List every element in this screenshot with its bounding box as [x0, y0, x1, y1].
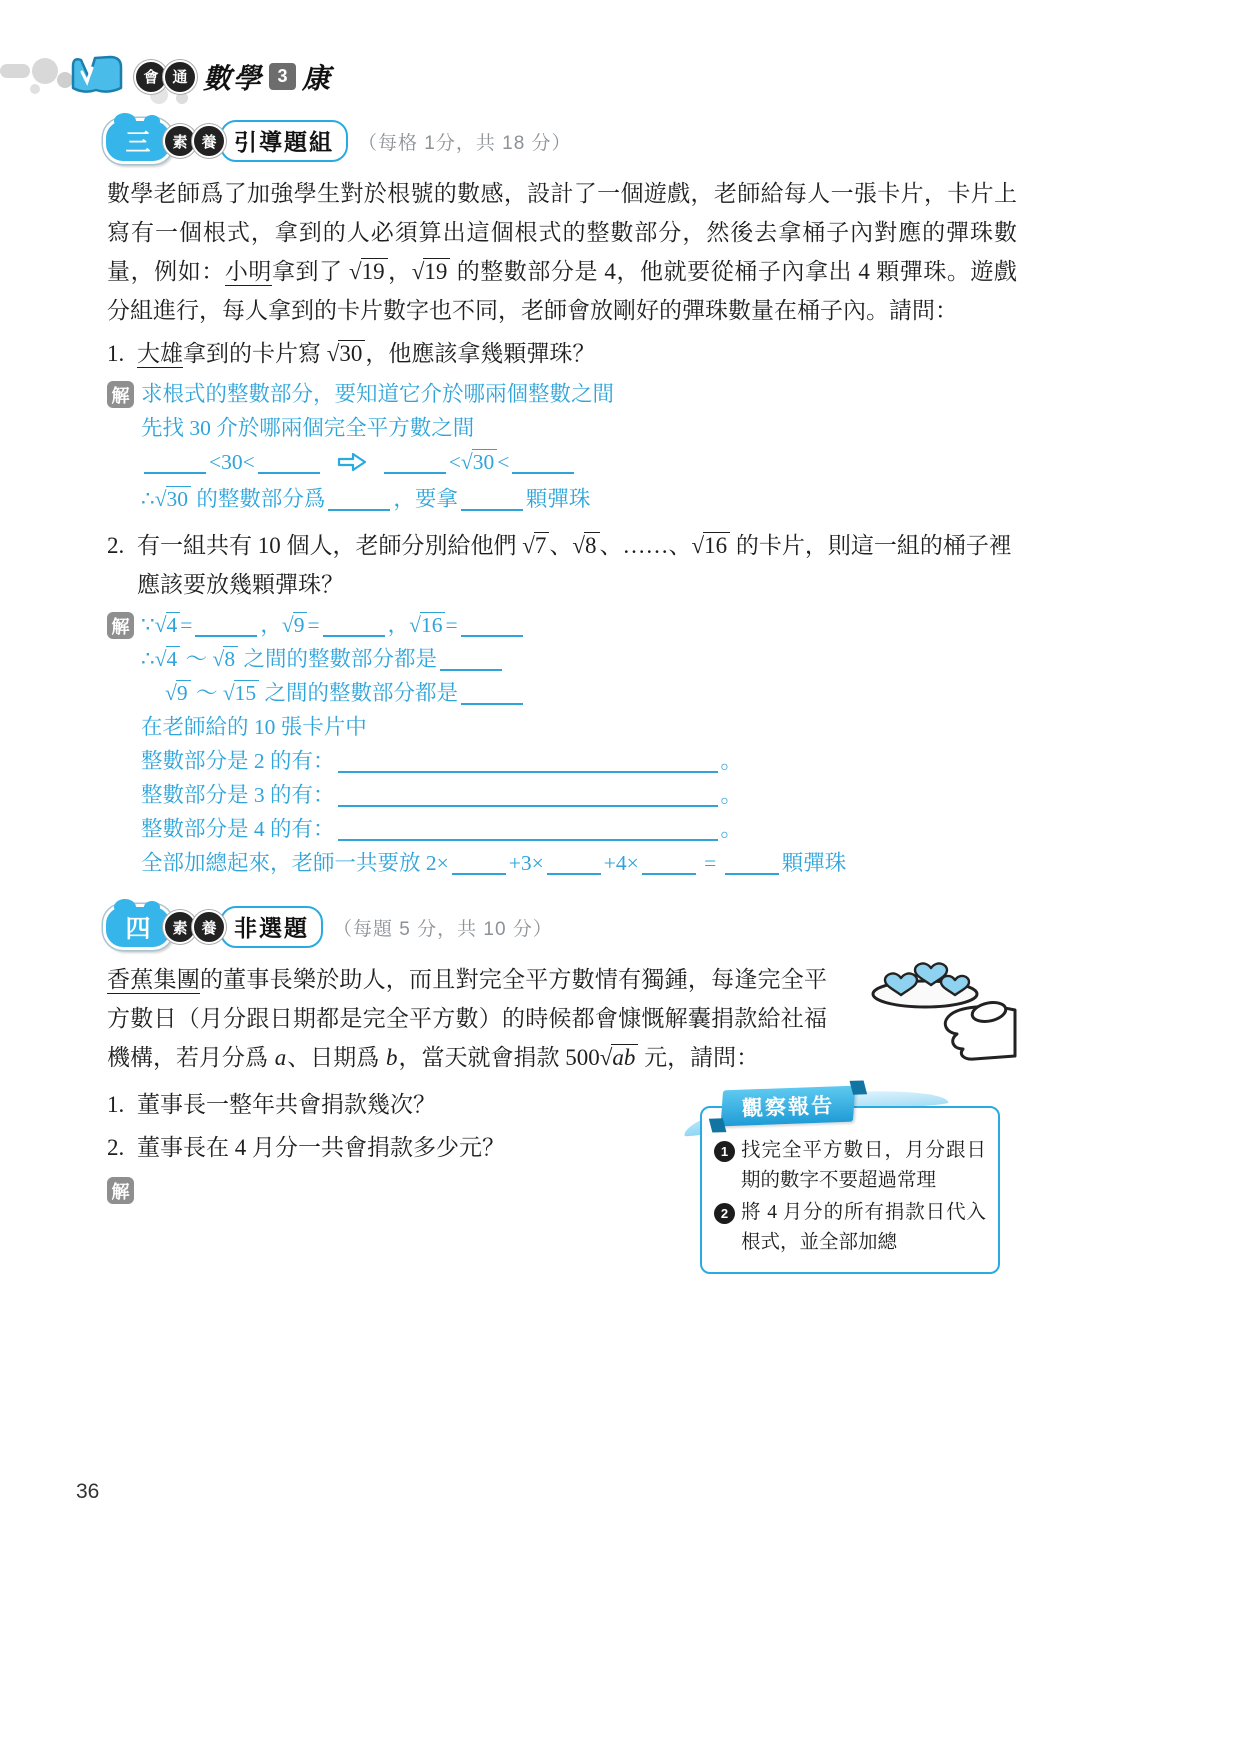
- sqrt-expression: √30: [461, 450, 497, 474]
- brand-badge: 通: [163, 60, 197, 94]
- answer-blank: [452, 853, 506, 875]
- tag-badge: 養: [192, 910, 226, 944]
- sqrt-expression: √30: [155, 487, 191, 511]
- competency-tag: 素 養: [163, 124, 226, 158]
- solution-icon: 解: [107, 612, 134, 639]
- solution-block-2: 解 ∵√4=，√9=，√16= ∴√4 ～ √8 之間的整數部分都是 √9 ～ …: [107, 608, 1017, 880]
- question-1: 1. 大雄拿到的卡片寫 √30，他應該拿幾顆彈珠？: [107, 334, 1017, 373]
- observation-report-title: 觀察報告: [741, 1089, 834, 1122]
- solution-line: <30<<√30<: [141, 445, 1017, 482]
- question-number: 2.: [107, 526, 137, 604]
- observation-report-box: 1 找完全平方數日，月分跟日期的數字不要超過常理 2 將 4 月分的所有捐款日代…: [700, 1106, 1000, 1274]
- brand-badges: 會 通: [134, 60, 197, 94]
- brand-level-badge: 3: [269, 63, 296, 90]
- brand-edition: 康: [302, 57, 330, 97]
- question-2: 2. 有一組共有 10 個人，老師分別給他們 √7、√8、……、√16 的卡片，…: [107, 526, 1017, 604]
- worksheet-page: 會 通 數學 3 康 三 素 養 引導題組 （每格 1分，共 18 分） 數學老…: [0, 0, 1241, 1755]
- sqrt-expression: √19: [349, 259, 388, 284]
- implies-arrow-icon: [337, 448, 367, 482]
- answer-blank: [323, 615, 385, 637]
- answer-blank: [642, 853, 696, 875]
- brand-subject: 數學: [203, 57, 263, 97]
- solution-line: 求根式的整數部分，要知道它介於哪兩個整數之間: [141, 377, 1017, 411]
- observation-report: 觀察報告 1 找完全平方數日，月分跟日期的數字不要超過常理 2 將 4 月分的所…: [700, 1088, 1000, 1274]
- solution-line: ∴√4 ～ √8 之間的整數部分都是: [141, 642, 1017, 676]
- answer-blank: [461, 615, 523, 637]
- solution-block-1: 解 求根式的整數部分，要知道它介於哪兩個整數之間 先找 30 介於哪兩個完全平方…: [107, 377, 1017, 516]
- sqrt-expression: √16: [409, 613, 445, 637]
- solution-lines: ∵√4=，√9=，√16= ∴√4 ～ √8 之間的整數部分都是 √9 ～ √1…: [141, 608, 1017, 880]
- solution-line: 在老師給的 10 張卡片中: [141, 710, 1017, 744]
- answer-blank: [338, 785, 718, 807]
- sqrt-expression: √9: [282, 613, 308, 637]
- answer-blank: [440, 649, 502, 671]
- answer-blank: [461, 489, 523, 511]
- answer-blank: [338, 819, 718, 841]
- sqrt-expression: √19: [412, 259, 451, 284]
- answer-blank: [725, 853, 779, 875]
- math-variable: a: [274, 1045, 288, 1070]
- section-three-banner: 三 素 養 引導題組 （每格 1分，共 18 分）: [103, 116, 1017, 166]
- competency-tag: 素 養: [163, 910, 226, 944]
- answer-blank: [384, 452, 446, 474]
- answer-blank: [512, 452, 574, 474]
- sqrt-expression: √ab: [600, 1045, 639, 1070]
- observation-report-ribbon: 觀察報告: [721, 1086, 856, 1127]
- page-header: 會 通 數學 3 康: [0, 50, 1241, 110]
- decor-bubble: [0, 64, 30, 78]
- solution-line: 全部加總起來，老師一共要放 2×+3×+4× = 顆彈珠: [141, 846, 1017, 880]
- solution-line: 整數部分是 4 的有：。: [141, 812, 1017, 846]
- underlined-name: 小明: [225, 259, 272, 286]
- observation-item: 2 將 4 月分的所有捐款日代入根式，並全部加總: [714, 1198, 986, 1258]
- answer-blank: [144, 452, 206, 474]
- section-points: （每題 5 分，共 10 分）: [333, 914, 553, 941]
- decor-bubble: [32, 58, 58, 84]
- sqrt-expression: √8: [572, 533, 599, 558]
- page-number: 36: [76, 1480, 99, 1504]
- question-text: 大雄拿到的卡片寫 √30，他應該拿幾顆彈珠？: [137, 334, 1017, 373]
- solution-icon: 解: [107, 1177, 134, 1204]
- brand: 會 通 數學 3 康: [68, 52, 330, 101]
- solution-line: ∴√30 的整數部分爲，要拿顆彈珠: [141, 482, 1017, 516]
- brand-logo-icon: [68, 52, 126, 101]
- answer-blank: [195, 615, 257, 637]
- solution-line: 先找 30 介於哪兩個完全平方數之間: [141, 411, 1017, 445]
- math-variable: b: [385, 1045, 399, 1070]
- answer-blank: [461, 683, 523, 705]
- solution-lines: 求根式的整數部分，要知道它介於哪兩個整數之間 先找 30 介於哪兩個完全平方數之…: [141, 377, 1017, 516]
- solution-line: √9 ～ √15 之間的整數部分都是: [141, 676, 1017, 710]
- question-number: 1.: [107, 334, 137, 373]
- sqrt-expression: √4: [155, 647, 181, 671]
- solution-line: 整數部分是 2 的有：。: [141, 744, 1017, 778]
- answer-blank: [547, 853, 601, 875]
- hand-with-hearts-illustration: [839, 946, 1017, 1062]
- solution-line: 整數部分是 3 的有：。: [141, 778, 1017, 812]
- question-number: 1.: [107, 1085, 137, 1124]
- section-three-intro: 數學老師爲了加強學生對於根號的數感，設計了一個遊戲，老師給每人一張卡片，卡片上寫…: [107, 174, 1017, 330]
- tag-badge: 養: [192, 124, 226, 158]
- sqrt-expression: √16: [692, 533, 731, 558]
- sqrt-expression: √8: [213, 647, 239, 671]
- solution-line: ∵√4=，√9=，√16=: [141, 608, 1017, 642]
- answer-blank: [338, 751, 718, 773]
- underlined-name: 香蕉集團: [107, 967, 200, 994]
- observation-item: 1 找完全平方數日，月分跟日期的數字不要超過常理: [714, 1136, 986, 1196]
- item-text: 將 4 月分的所有捐款日代入根式，並全部加總: [741, 1198, 986, 1258]
- question-text: 有一組共有 10 個人，老師分別給他們 √7、√8、……、√16 的卡片，則這一…: [137, 526, 1017, 604]
- solution-icon: 解: [107, 381, 134, 408]
- item-number-badge: 1: [714, 1141, 735, 1162]
- section-four-banner: 四 素 養 非選題 （每題 5 分，共 10 分）: [103, 902, 1017, 952]
- sqrt-expression: √7: [522, 533, 549, 558]
- item-number-badge: 2: [714, 1203, 735, 1224]
- main-content: 三 素 養 引導題組 （每格 1分，共 18 分） 數學老師爲了加強學生對於根號…: [107, 116, 1017, 1204]
- answer-blank: [258, 452, 320, 474]
- sqrt-expression: √30: [327, 341, 366, 366]
- section-points: （每格 1分，共 18 分）: [358, 128, 572, 155]
- sqrt-expression: √15: [223, 681, 259, 705]
- item-text: 找完全平方數日，月分跟日期的數字不要超過常理: [741, 1136, 986, 1196]
- underlined-name: 大雄: [137, 341, 183, 368]
- answer-blank: [328, 489, 390, 511]
- question-number: 2.: [107, 1128, 137, 1167]
- section-title: 引導題組: [220, 120, 348, 162]
- decor-bubble: [30, 84, 40, 94]
- section-title: 非選題: [220, 906, 323, 948]
- sqrt-expression: √4: [155, 613, 181, 637]
- sqrt-expression: √9: [165, 681, 191, 705]
- section-four-body: 香蕉集團的董事長樂於助人，而且對完全平方數情有獨鍾，每逢完全平方數日（月分跟日期…: [107, 960, 1017, 1077]
